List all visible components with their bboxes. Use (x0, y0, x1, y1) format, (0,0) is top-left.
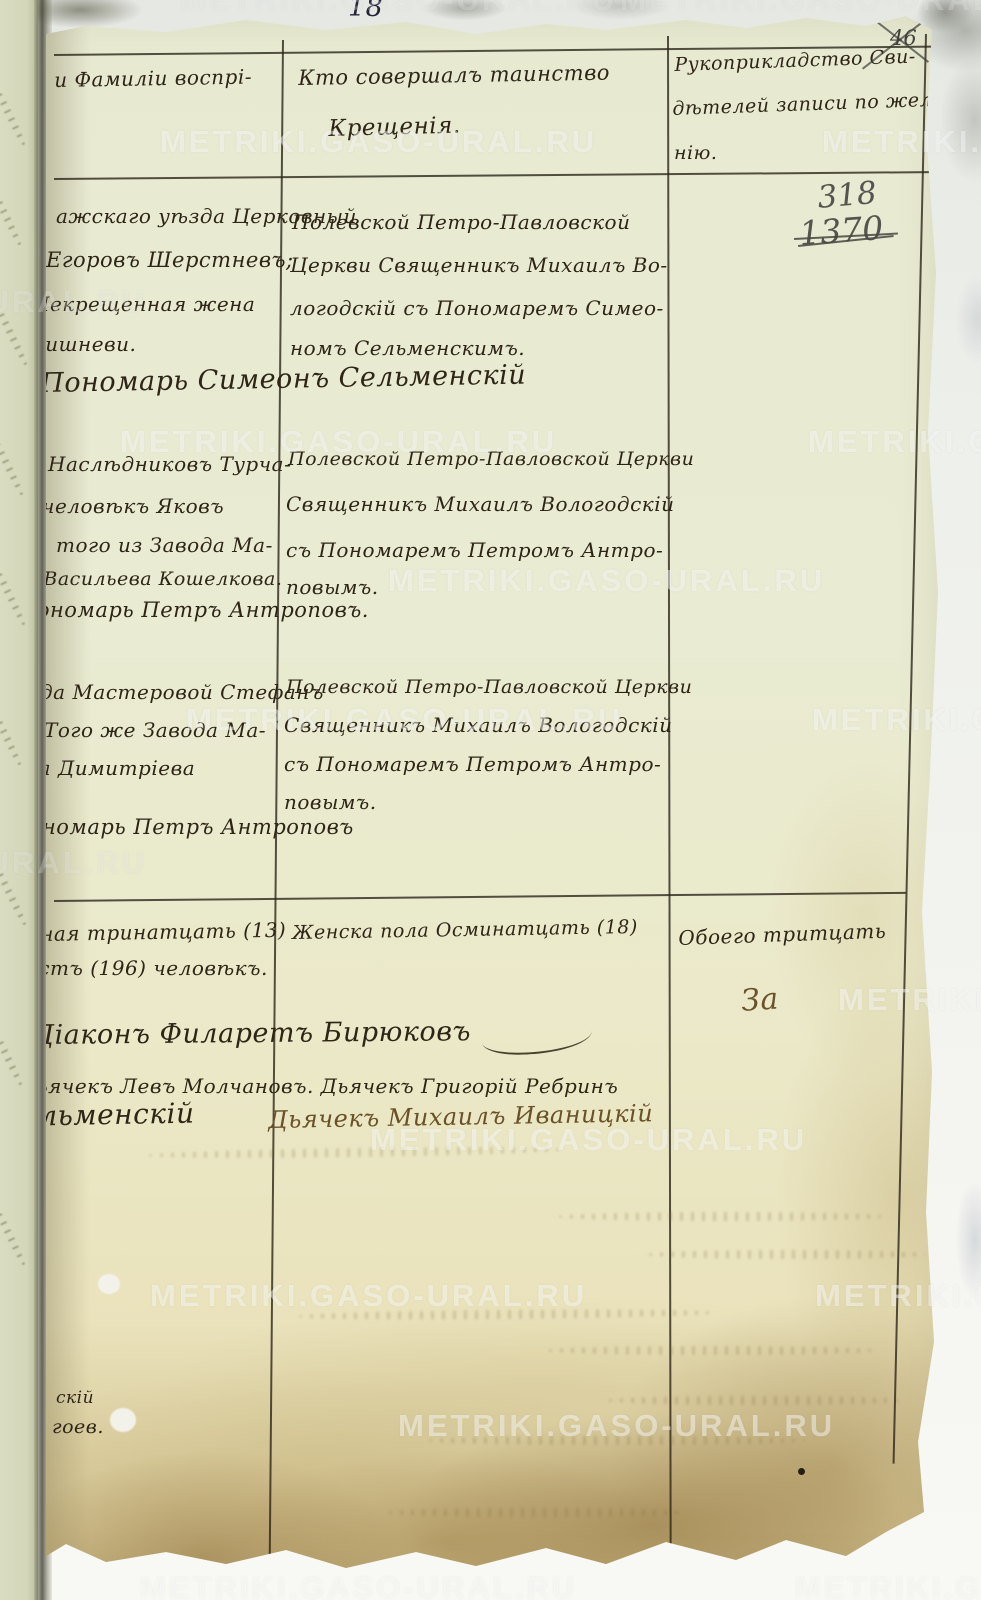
clergy-line: съ Пономаремъ Петромъ Антро- (286, 538, 663, 562)
totals-male-line1: ная тринатцать (13) (40, 918, 286, 946)
header-officiant-column-line2: Крещенія. (328, 113, 461, 142)
ivanitskiy-signature: Дьячекъ Михаилъ Иваницкій (268, 1099, 653, 1134)
record-left-line: на Васильева Кошелкова. (12, 568, 282, 590)
header-witness-column-line3: нію. (674, 142, 717, 164)
bleed-through-writing (0, 182, 24, 248)
ponomar-signature: Пономарь Симеонъ Сельменскій (40, 360, 526, 399)
top-edge-mark: 18 (348, 0, 383, 23)
crossed-page-number: 1370 (798, 208, 885, 253)
record-left-line: Пономарь Петръ Антроповъ. (18, 598, 369, 622)
table-right-rule (893, 34, 927, 1464)
sextons-signature: Дьячекъ Левъ Молчановъ. Дьячекъ Григорій… (20, 1074, 618, 1098)
header-officiant-column-line1: Кто совершалъ таинство (298, 61, 610, 90)
totals-both-line: Обоего тритцать (678, 919, 887, 950)
bleed-through-writing (0, 302, 30, 368)
margin-note: скій (56, 1388, 94, 1408)
ink-speck (798, 1468, 805, 1475)
record-left-line: Наслѣдниковъ Турча- (48, 452, 291, 476)
bleed-through-writing (0, 1022, 25, 1088)
bleed-through-writing (646, 1250, 926, 1259)
watermark-tile: METRIKI.GASO-URAL.RU (140, 1570, 577, 1600)
archival-scan: и Фамиліи воспрі- Кто совершалъ таинство… (0, 0, 981, 1600)
bleed-through-writing (0, 702, 24, 768)
header-witness-column-line1: Рукоприкладство Сви- (674, 46, 916, 76)
deacon-signature: Діаконъ Филаретъ Бирюковъ (32, 1016, 471, 1051)
bleed-through-writing (146, 1145, 566, 1160)
totals-mark: За (740, 981, 780, 1019)
header-godparents-column: и Фамиліи воспрі- (54, 65, 252, 92)
paper-hole (110, 1408, 136, 1432)
clergy-line: Священникъ Михаилъ Вологодскій (284, 713, 673, 737)
record-left-line: Того же Завода Ма- (44, 718, 266, 742)
previous-page-edge (0, 0, 38, 1600)
bleed-through-writing (0, 432, 26, 498)
totals-top-rule (54, 892, 906, 902)
bleed-through-writing (296, 1308, 716, 1321)
record-left-line: того из Завода Ма- (56, 533, 273, 557)
bleed-through-writing (606, 1396, 906, 1405)
clergy-line: Полевской Петро-Павловской (292, 210, 630, 234)
watermark-tile: METRIKI.GASO-URAL.RU (180, 0, 617, 18)
watermark-tile: METRIKI.GASO-URAL.RU (620, 0, 981, 18)
record-left-line: человѣкъ Яковъ (42, 494, 224, 518)
bleed-through-writing (0, 82, 28, 148)
bleed-through-writing (386, 1508, 686, 1517)
totals-female-line: Женска пола Осминатцать (18) (292, 916, 638, 944)
header-witness-column-line2: дѣтелей записи по жела- (672, 88, 951, 120)
bleed-through-writing (0, 562, 28, 628)
bleed-through-writing (426, 1436, 806, 1445)
record-left-line: Некрещенная жена (32, 292, 255, 316)
clergy-line: логодскій съ Пономаремъ Симео- (290, 296, 664, 320)
clergy-line: Священникъ Михаилъ Вологодскій (286, 492, 675, 516)
clergy-line: Полевской Петро-Павловской Церкви (286, 676, 692, 698)
bleed-through-writing (546, 1346, 876, 1355)
signature-flourish (481, 1017, 593, 1057)
clergy-line: повымъ. (284, 790, 377, 814)
bleed-through-writing (0, 1202, 28, 1268)
clergy-line: Полевской Петро-Павловской Церкви (288, 448, 694, 470)
bleed-through-writing (0, 862, 29, 928)
clergy-line: повымъ. (286, 575, 379, 599)
totals-male-line2: естъ (196) человѣкъ. (26, 956, 268, 980)
bleed-through-writing (556, 1212, 886, 1221)
paper-hole (98, 1274, 120, 1294)
record-left-line: Егоровъ Шерстневъ; (46, 248, 294, 272)
margin-note: гоев. (52, 1416, 104, 1438)
register-page: и Фамиліи воспрі- Кто совершалъ таинство… (46, 12, 938, 1572)
clergy-line: съ Пономаремъ Петромъ Антро- (284, 752, 661, 776)
header-bottom-rule (54, 171, 930, 180)
clergy-line: номъ Сельменскимъ. (290, 336, 525, 360)
clergy-line: Церкви Священникъ Михаилъ Во- (290, 253, 668, 277)
record-left-line: да Мастеровой Стефанъ (40, 680, 324, 704)
record-left-line: Пономарь Петръ Антроповъ (10, 815, 354, 839)
watermark-tile: METRIKI.GASO-URAL.RU (795, 1570, 981, 1600)
